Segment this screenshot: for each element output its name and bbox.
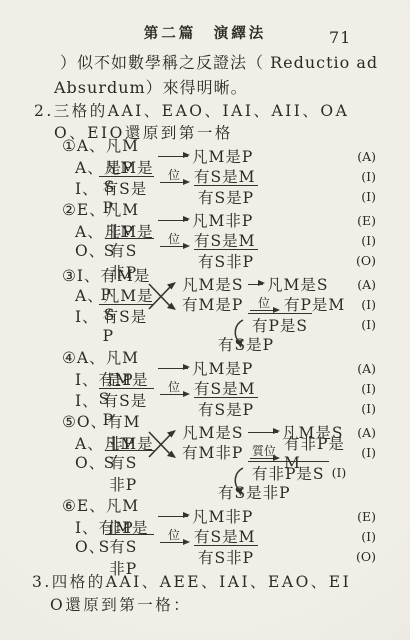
conversion-step: 位 xyxy=(154,381,194,395)
converted-term: 凡M是P xyxy=(192,145,253,167)
page-number: 71 xyxy=(329,28,351,47)
swapped-premise-term: 有M是P xyxy=(182,293,244,315)
page-header: 第二篇 演繹法 71 xyxy=(0,22,410,43)
conversion-label: 位 xyxy=(168,381,180,393)
converted-term: 凡M是S xyxy=(267,273,329,295)
mood-label: (I) xyxy=(332,465,347,480)
conversion-label: 位 xyxy=(168,169,180,181)
converted-term: 有S是P xyxy=(218,333,274,355)
term-prefix: ⑥E、 xyxy=(62,494,106,516)
curve-down-arrow-icon xyxy=(230,319,246,349)
mood-label: (I) xyxy=(361,317,376,332)
term-prefix: O、 xyxy=(75,239,105,261)
syllogism-block-2: ②E、凡M非P凡M非P(E)A、凡M是S位有S是M(I)O、有S非P有S非P(O… xyxy=(62,210,376,270)
right-arrow-icon xyxy=(158,220,188,221)
premise-left: O、有S非P xyxy=(62,450,154,495)
syllogism-block-3: ③I、有M是P凡M是S凡M是S(A)A、凡M是S有M是P位有P是M(I)I、有S… xyxy=(62,274,376,354)
term-prefix: O、 xyxy=(75,451,105,473)
converted-conclusion-with-inference-line: 有S是P xyxy=(194,397,258,420)
converted-term: 凡M非P xyxy=(192,209,253,231)
term-prefix: I、 xyxy=(75,389,99,411)
conclusion-term-with-inference-line: 有S非P xyxy=(105,450,154,495)
converted-term: 有S是非P xyxy=(218,481,291,503)
page-content: ）似不如數學稱之反證法（ Reductio ad Absurdum）來得明晰。 … xyxy=(32,50,394,615)
conversion-step: 質位 xyxy=(244,445,284,459)
term-prefix: ④A、 xyxy=(62,346,106,368)
conversion-label: 位 xyxy=(258,297,270,309)
mood-label: (A) xyxy=(357,149,376,164)
converted-term: 凡M非P xyxy=(192,505,253,527)
right-arrow-icon xyxy=(250,458,278,459)
section2-line-1: 2.三格的AAI、EAO、IAI、AII、OA xyxy=(34,99,394,121)
conversion-label: 位 xyxy=(168,233,180,245)
mood-label: (A) xyxy=(357,361,376,376)
term-prefix: ②E、 xyxy=(62,198,106,220)
mood-label: (I) xyxy=(361,169,376,184)
mood-label: (I) xyxy=(361,189,376,204)
mood-label: (E) xyxy=(357,509,376,524)
right-arrow-icon xyxy=(248,284,263,285)
book-page-scan: 第二篇 演繹法 71 ）似不如數學稱之反證法（ Reductio ad Absu… xyxy=(0,0,410,640)
right-arrow-icon xyxy=(160,246,188,247)
swap-cross-icon xyxy=(148,425,178,463)
syllogism-block-6: ⑥E、凡M非P凡M非P(E)I、有M是S位有S是M(I)O、有S非P有S非P(O… xyxy=(62,506,376,566)
curve-down-arrow-icon xyxy=(230,467,246,497)
right-arrow-icon xyxy=(250,310,278,311)
converted-term: 凡M是P xyxy=(192,357,253,379)
swapped-premise-term: 有M非P xyxy=(182,441,244,463)
syllogism-blocks: ①A、凡M是P凡M是P(A)A、凡M是S位有S是M(I)I、有S是P有S是P(I… xyxy=(32,146,394,566)
mood-label: (A) xyxy=(357,425,376,440)
converted-conclusion-with-inference-line: 有S是P xyxy=(194,185,258,208)
swapped-premise-term: 凡M是S xyxy=(182,273,244,295)
term-prefix: ①A、 xyxy=(62,134,106,156)
conversion-step: 位 xyxy=(154,169,194,183)
right-arrow-icon xyxy=(160,394,188,395)
term-prefix: ⑤O、 xyxy=(62,410,107,432)
right-arrow-icon xyxy=(158,156,188,157)
right-arrow-icon xyxy=(158,516,188,517)
syllogism-row: I、有S是P有P是S(I) xyxy=(62,314,376,334)
conversion-label: 位 xyxy=(168,529,180,541)
mood-label: (I) xyxy=(361,381,376,396)
conversion-step: 位 xyxy=(154,529,194,543)
term-prefix: I、 xyxy=(75,305,99,327)
mood-label: (E) xyxy=(357,213,376,228)
section3-line-2: O還原到第一格： xyxy=(50,593,394,615)
right-arrow-icon xyxy=(160,182,188,183)
converted-conclusion-with-inference-line: 有S非P xyxy=(194,545,258,568)
right-arrow-icon xyxy=(158,368,188,369)
conclusion-term-with-inference-line: 有S非P xyxy=(105,534,154,579)
right-arrow-icon xyxy=(248,432,278,433)
mood-label: (O) xyxy=(356,253,376,268)
mood-label: (I) xyxy=(361,233,376,248)
right-arrow-icon xyxy=(160,542,188,543)
chapter-title: 第二篇 演繹法 xyxy=(144,25,267,42)
intro-line-1: ）似不如數學稱之反證法（ Reductio ad xyxy=(60,50,394,75)
swapped-premise-term: 凡M是S xyxy=(182,421,244,443)
conversion-step: 位 xyxy=(244,297,284,311)
mood-label: (I) xyxy=(361,297,376,312)
term-prefix: O、 xyxy=(75,535,105,557)
mood-label: (O) xyxy=(356,549,376,564)
premise-left: O、有S非P xyxy=(62,534,154,579)
conversion-step: 位 xyxy=(154,233,194,247)
syllogism-block-5: ⑤O、有M非P凡M是S凡M是S(A)A、凡M是S有M非P質位有非P是M(I)O、… xyxy=(62,422,376,502)
syllogism-block-4: ④A、凡M是P凡M是P(A)I、有M是S位有S是M(I)I、有S是P有S是P(I… xyxy=(62,358,376,418)
syllogism-row: O、有S非P有S非P(O) xyxy=(62,546,376,566)
mood-label: (I) xyxy=(361,445,376,460)
swap-cross-icon xyxy=(148,277,178,315)
premise-left: I、有S是P xyxy=(62,304,154,345)
syllogism-block-1: ①A、凡M是P凡M是P(A)A、凡M是S位有S是M(I)I、有S是P有S是P(I… xyxy=(62,146,376,206)
conclusion-term-with-inference-line: 有S是P xyxy=(99,304,154,345)
mood-label: (A) xyxy=(357,277,376,292)
intro-line-2: Absurdum）來得明晰。 xyxy=(54,75,394,99)
term-prefix: ③I、 xyxy=(62,264,101,286)
converted-conclusion-with-inference-line: 有S非P xyxy=(194,249,258,272)
term-prefix: I、 xyxy=(75,177,99,199)
mood-label: (I) xyxy=(361,401,376,416)
mood-label: (I) xyxy=(361,529,376,544)
